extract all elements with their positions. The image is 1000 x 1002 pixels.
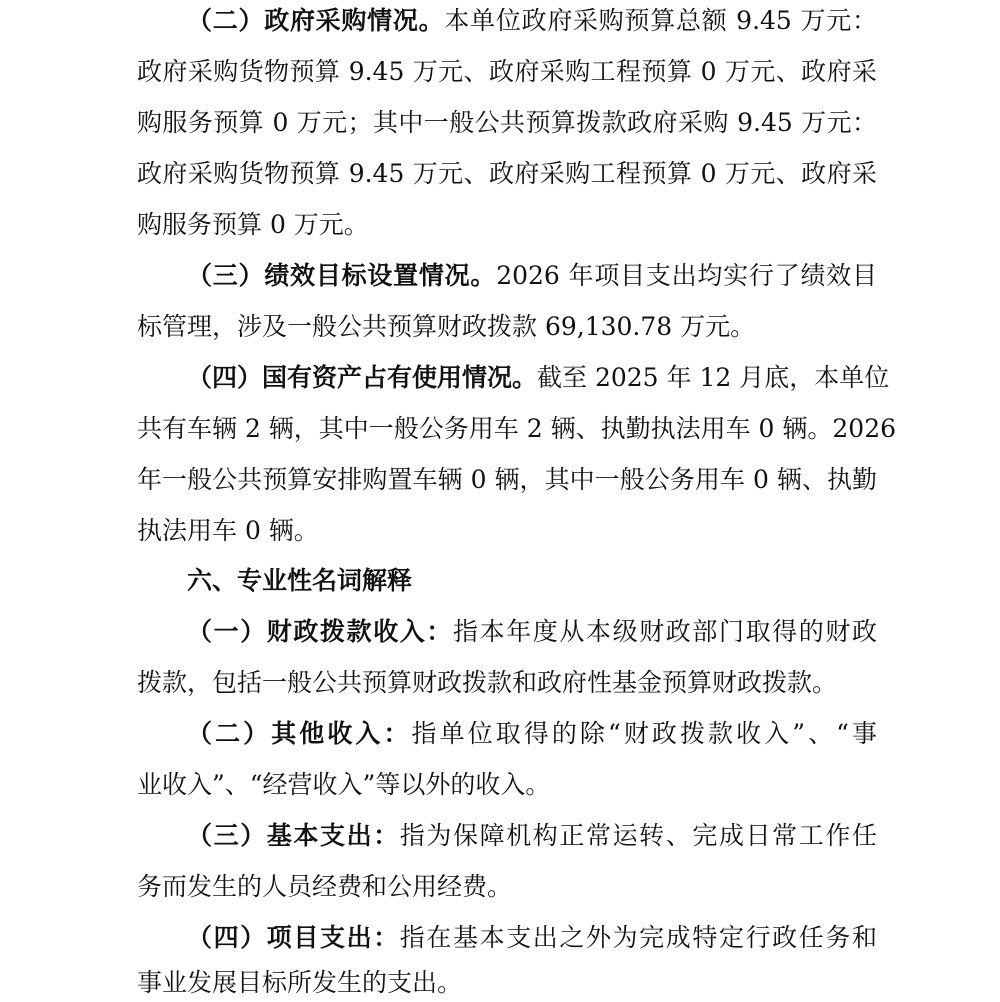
paragraph-line: （二）其他收入：指单位取得的除“财政拨款收入”、“事 bbox=[187, 719, 877, 749]
paragraph-line: （一）财政拨款收入：指本年度从本级财政部门取得的财政 bbox=[187, 617, 877, 647]
paragraph-line: 拨款，包括一般公共预算财政拨款和政府性基金预算财政拨款。 bbox=[137, 668, 877, 698]
section-lead: （二）政府采购情况。 bbox=[187, 6, 444, 35]
paragraph-line: 执法用车 0 辆。 bbox=[137, 516, 877, 546]
paragraph-line: （三）基本支出：指为保障机构正常运转、完成日常工作任 bbox=[187, 821, 877, 851]
section-lead: （三）绩效目标设置情况。 bbox=[187, 261, 496, 290]
paragraph-line: （二）政府采购情况。本单位政府采购预算总额 9.45 万元： bbox=[187, 6, 877, 36]
paragraph-line: 政府采购货物预算 9.45 万元、政府采购工程预算 0 万元、政府采 bbox=[137, 159, 877, 189]
paragraph-line: 务而发生的人员经费和公用经费。 bbox=[137, 872, 877, 902]
paragraph-line: 标管理，涉及一般公共预算财政拨款 69,130.78 万元。 bbox=[137, 312, 877, 342]
paragraph-line: 购服务预算 0 万元；其中一般公共预算拨款政府采购 9.45 万元： bbox=[137, 108, 877, 138]
paragraph-line: 政府采购货物预算 9.45 万元、政府采购工程预算 0 万元、政府采 bbox=[137, 57, 877, 87]
term-label: （一）财政拨款收入： bbox=[187, 617, 453, 646]
paragraph-line: 事业发展目标所发生的支出。 bbox=[137, 968, 877, 998]
paragraph-line: 购服务预算 0 万元。 bbox=[137, 210, 877, 240]
paragraph-line: 业收入”、“经营收入”等以外的收入。 bbox=[137, 770, 877, 800]
term-label: （二）其他收入： bbox=[187, 719, 412, 748]
paragraph-line: （四）国有资产占有使用情况。截至 2025 年 12 月底，本单位 bbox=[187, 363, 877, 393]
paragraph-line: 年一般公共预算安排购置车辆 0 辆，其中一般公务用车 0 辆、执勤 bbox=[137, 465, 877, 495]
paragraph-line: （三）绩效目标设置情况。2026 年项目支出均实行了绩效目 bbox=[187, 261, 877, 291]
section-lead: （四）国有资产占有使用情况。 bbox=[187, 363, 537, 392]
term-label: （三）基本支出： bbox=[187, 821, 400, 850]
paragraph-line: （四）项目支出：指在基本支出之外为完成特定行政任务和 bbox=[187, 923, 877, 953]
section-heading: 六、专业性名词解释 bbox=[187, 566, 927, 596]
term-label: （四）项目支出： bbox=[187, 923, 400, 952]
paragraph-line: 共有车辆 2 辆，其中一般公务用车 2 辆、执勤执法用车 0 辆。2026 bbox=[137, 414, 877, 444]
